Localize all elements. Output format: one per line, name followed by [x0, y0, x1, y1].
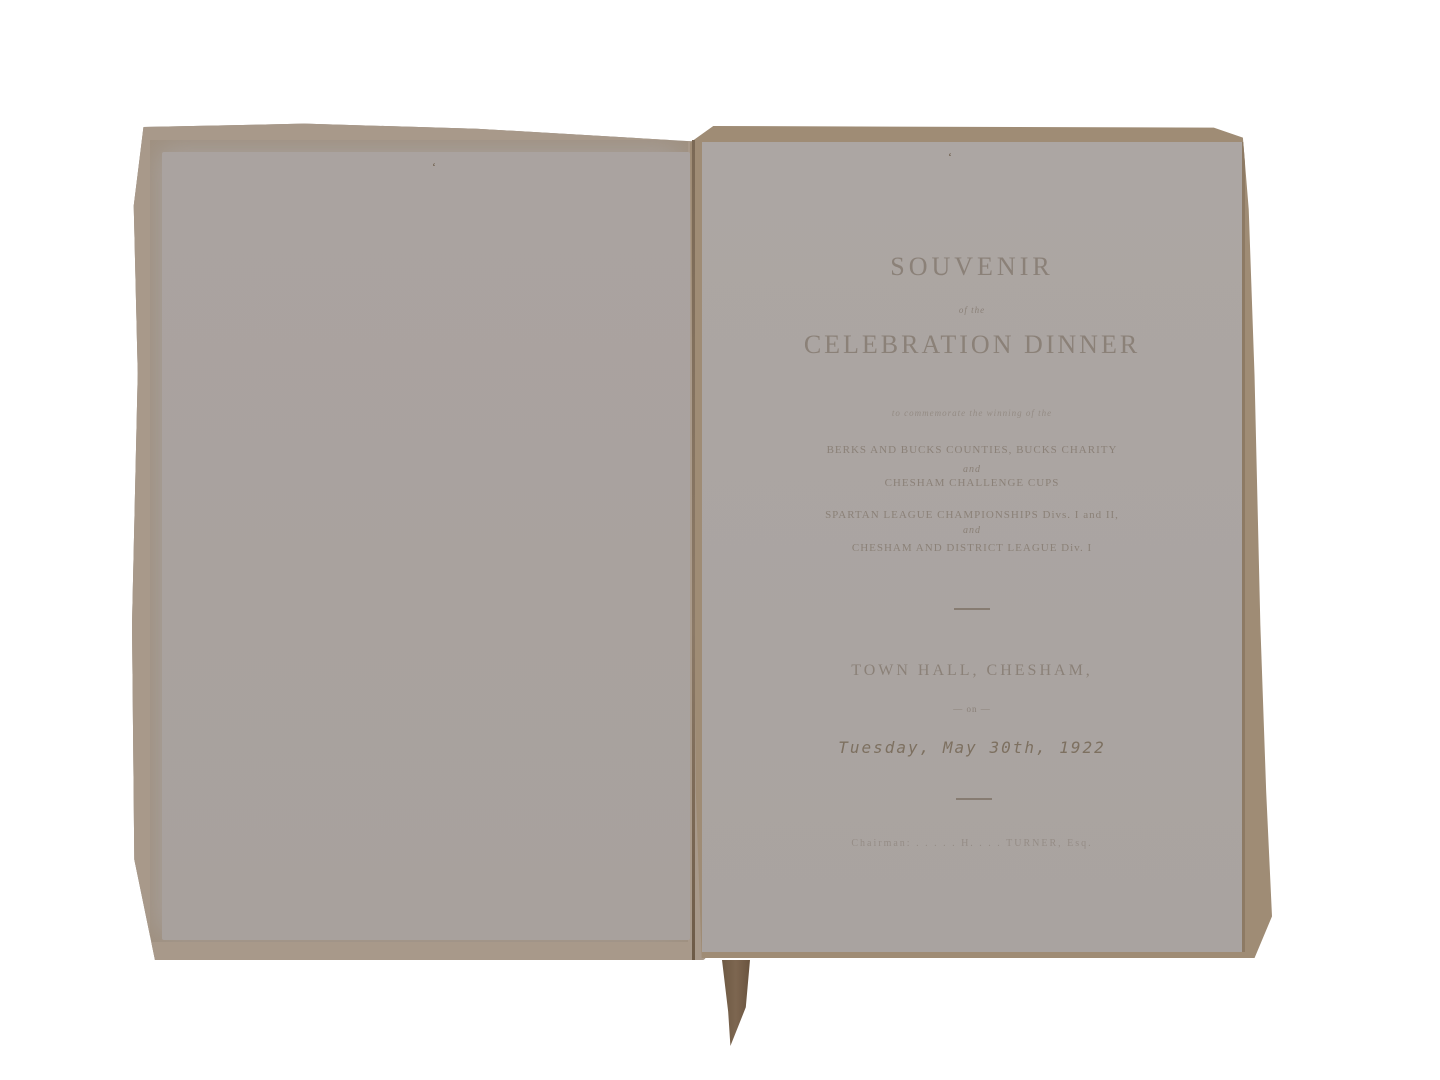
- page-speck: ʻ: [432, 160, 436, 175]
- text-chairman: Chairman: . . . . . H. . . . TURNER, Esq…: [702, 838, 1242, 849]
- title-souvenir: SOUVENIR: [702, 252, 1242, 282]
- left-page-blank: [132, 122, 706, 960]
- text-of-the: of the: [702, 305, 1242, 315]
- page-speck: ʻ: [948, 150, 952, 165]
- text-chesham-challenge-cups: CHESHAM CHALLENGE CUPS: [702, 477, 1242, 489]
- text-venue: TOWN HALL, CHESHAM,: [702, 662, 1242, 680]
- text-spartan-league: SPARTAN LEAGUE CHAMPIONSHIPS Divs. I and…: [702, 509, 1242, 521]
- text-and: and: [702, 525, 1242, 536]
- photo-scene: ʻ ʻ SOUVENIR of the CELEBRATION DINNER t…: [0, 0, 1440, 1080]
- text-and: and: [702, 464, 1242, 475]
- bookmark-ribbon: [722, 960, 750, 1046]
- text-commemorate: to commemorate the winning of the: [702, 408, 1242, 418]
- title-celebration-dinner: CELEBRATION DINNER: [702, 330, 1242, 360]
- divider-rule: [954, 608, 990, 610]
- text-berks-bucks: BERKS AND BUCKS COUNTIES, BUCKS CHARITY: [702, 444, 1242, 456]
- divider-rule: [956, 798, 992, 800]
- text-chesham-district-league: CHESHAM AND DISTRICT LEAGUE Div. I: [702, 542, 1242, 554]
- text-on: — on —: [702, 704, 1242, 714]
- text-date: Tuesday, May 30th, 1922: [702, 738, 1242, 757]
- book-spine: [692, 140, 695, 960]
